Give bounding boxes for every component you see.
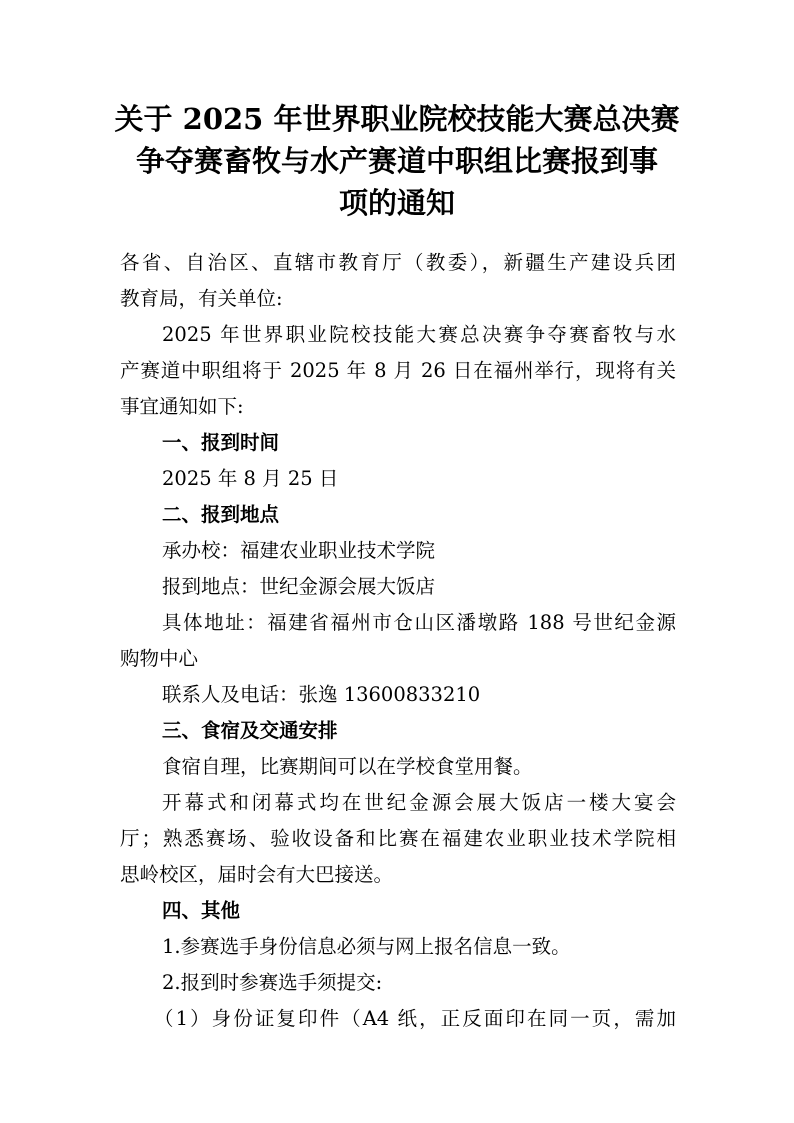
- intro-line-2: 产赛道中职组将于 2025 年 8 月 26 日在福州举行，现将有关: [120, 353, 676, 389]
- host-school: 承办校：福建农业职业技术学院: [162, 533, 435, 569]
- document-title: 关于 2025 年世界职业院校技能大赛总决赛 争夺赛畜牧与水产赛道中职组比赛报到…: [100, 98, 694, 224]
- registration-venue: 报到地点：世纪金源会展大饭店: [162, 569, 435, 605]
- section-4-heading: 四、其他: [162, 893, 240, 929]
- ceremony-line-2: 厅；熟悉赛场、验收设备和比赛在福建农业职业技术学院相: [120, 821, 676, 857]
- ceremony-line-1: 开幕式和闭幕式均在世纪金源会展大饭店一楼大宴会: [162, 785, 676, 821]
- document-page: 关于 2025 年世界职业院校技能大赛总决赛 争夺赛畜牧与水产赛道中职组比赛报到…: [0, 0, 794, 1123]
- ceremony-line-3: 思岭校区，届时会有大巴接送。: [120, 857, 393, 893]
- intro-line-1: 2025 年世界职业院校技能大赛总决赛争夺赛畜牧与水: [162, 317, 676, 353]
- salutation-line-2: 教育局，有关单位:: [120, 281, 283, 317]
- contact-info: 联系人及电话：张逸 13600833210: [162, 677, 480, 713]
- address-line-2: 购物中心: [120, 641, 198, 677]
- address-line-1: 具体地址：福建省福州市仓山区潘墩路 188 号世纪金源: [162, 605, 676, 641]
- section-3-heading: 三、食宿及交通安排: [162, 713, 338, 749]
- other-item-2-sub-1: （1）身份证复印件（A4 纸，正反面印在同一页，需加: [154, 1001, 676, 1037]
- salutation-line-1: 各省、自治区、直辖市教育厅（教委），新疆生产建设兵团: [120, 245, 676, 281]
- meals-info: 食宿自理，比赛期间可以在学校食堂用餐。: [162, 749, 533, 785]
- intro-line-3: 事宜通知如下:: [120, 389, 244, 425]
- title-line-1: 关于 2025 年世界职业院校技能大赛总决赛: [100, 98, 694, 140]
- other-item-1: 1.参赛选手身份信息必须与网上报名信息一致。: [162, 929, 571, 965]
- title-line-2: 争夺赛畜牧与水产赛道中职组比赛报到事: [100, 140, 694, 182]
- title-line-3: 项的通知: [100, 182, 694, 224]
- other-item-2: 2.报到时参赛选手须提交:: [162, 965, 382, 1001]
- section-2-heading: 二、报到地点: [162, 497, 279, 533]
- registration-date: 2025 年 8 月 25 日: [162, 461, 338, 497]
- section-1-heading: 一、报到时间: [162, 425, 279, 461]
